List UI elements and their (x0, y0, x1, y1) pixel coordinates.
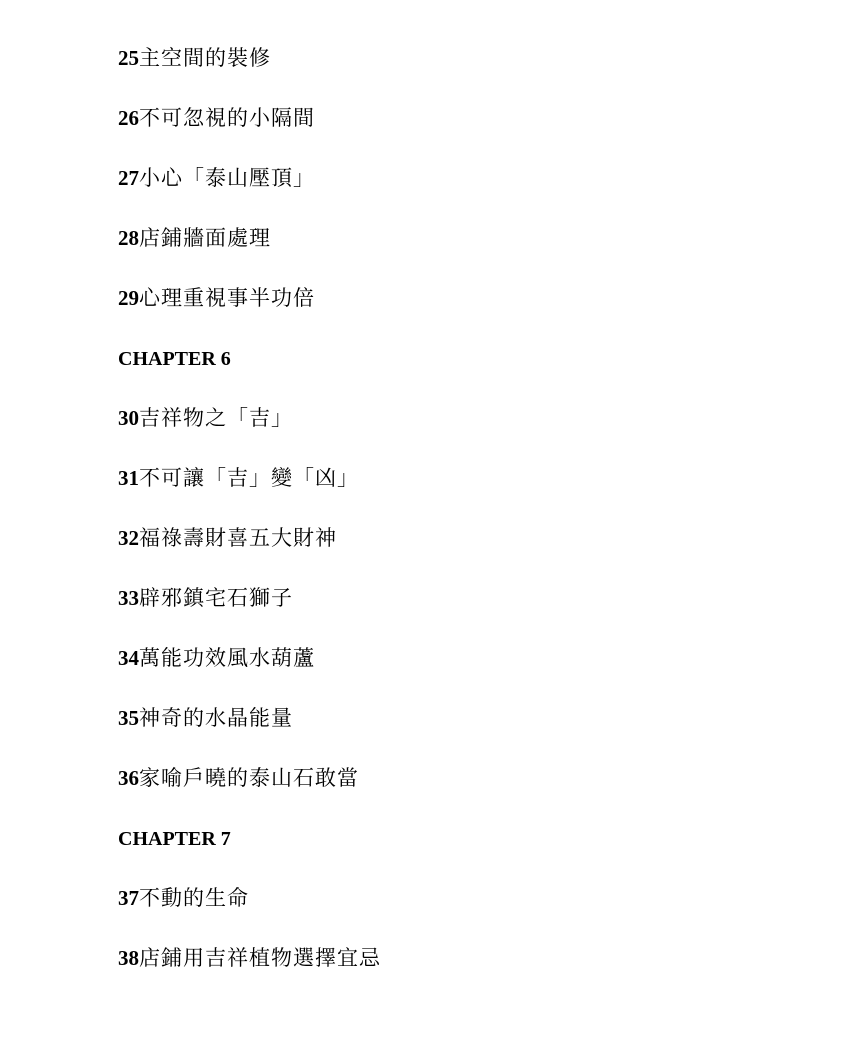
entry-title: 辟邪鎮宅石獅子 (139, 586, 293, 610)
toc-entry-38: 38店鋪用吉祥植物選擇宜忌 (118, 940, 381, 1000)
entry-title: 吉祥物之「吉」 (139, 406, 293, 430)
entry-number: 28 (118, 226, 139, 250)
entry-number: 27 (118, 166, 139, 190)
entry-title: 萬能功效風水葫蘆 (139, 646, 315, 670)
entry-title: 不可忽視的小隔間 (139, 106, 315, 130)
toc-entry-27: 27小心「泰山壓頂」 (118, 160, 381, 220)
entry-title: 店鋪牆面處理 (139, 226, 271, 250)
entry-number: 32 (118, 526, 139, 550)
entry-title: 不可讓「吉」變「凶」 (139, 466, 359, 490)
toc-entry-35: 35神奇的水晶能量 (118, 700, 381, 760)
chapter-label: CHAPTER 7 (118, 828, 231, 850)
entry-title: 主空間的裝修 (139, 46, 271, 70)
entry-number: 25 (118, 46, 139, 70)
toc-entry-33: 33辟邪鎮宅石獅子 (118, 580, 381, 640)
toc-entry-32: 32福祿壽財喜五大財神 (118, 520, 381, 580)
entry-number: 30 (118, 406, 139, 430)
toc-entry-36: 36家喻戶曉的泰山石敢當 (118, 760, 381, 820)
entry-number: 36 (118, 766, 139, 790)
entry-number: 29 (118, 286, 139, 310)
toc-entry-34: 34萬能功效風水葫蘆 (118, 640, 381, 700)
toc-entry-25: 25主空間的裝修 (118, 40, 381, 100)
toc-entry-29: 29心理重視事半功倍 (118, 280, 381, 340)
entry-title: 家喻戶曉的泰山石敢當 (139, 766, 359, 790)
entry-title: 福祿壽財喜五大財神 (139, 526, 337, 550)
entry-number: 38 (118, 946, 139, 970)
entry-title: 神奇的水晶能量 (139, 706, 293, 730)
table-of-contents: 25主空間的裝修 26不可忽視的小隔間 27小心「泰山壓頂」 28店鋪牆面處理 … (118, 40, 381, 1000)
toc-entry-28: 28店鋪牆面處理 (118, 220, 381, 280)
entry-number: 34 (118, 646, 139, 670)
entry-title: 小心「泰山壓頂」 (139, 166, 315, 190)
entry-number: 26 (118, 106, 139, 130)
toc-entry-26: 26不可忽視的小隔間 (118, 100, 381, 160)
toc-entry-37: 37不動的生命 (118, 880, 381, 940)
entry-number: 31 (118, 466, 139, 490)
chapter-heading-7: CHAPTER 7 (118, 820, 381, 880)
entry-title: 不動的生命 (139, 886, 249, 910)
entry-number: 35 (118, 706, 139, 730)
entry-title: 心理重視事半功倍 (139, 286, 315, 310)
chapter-label: CHAPTER 6 (118, 348, 231, 370)
toc-entry-31: 31不可讓「吉」變「凶」 (118, 460, 381, 520)
chapter-heading-6: CHAPTER 6 (118, 340, 381, 400)
entry-number: 37 (118, 886, 139, 910)
toc-entry-30: 30吉祥物之「吉」 (118, 400, 381, 460)
entry-title: 店鋪用吉祥植物選擇宜忌 (139, 946, 381, 970)
entry-number: 33 (118, 586, 139, 610)
